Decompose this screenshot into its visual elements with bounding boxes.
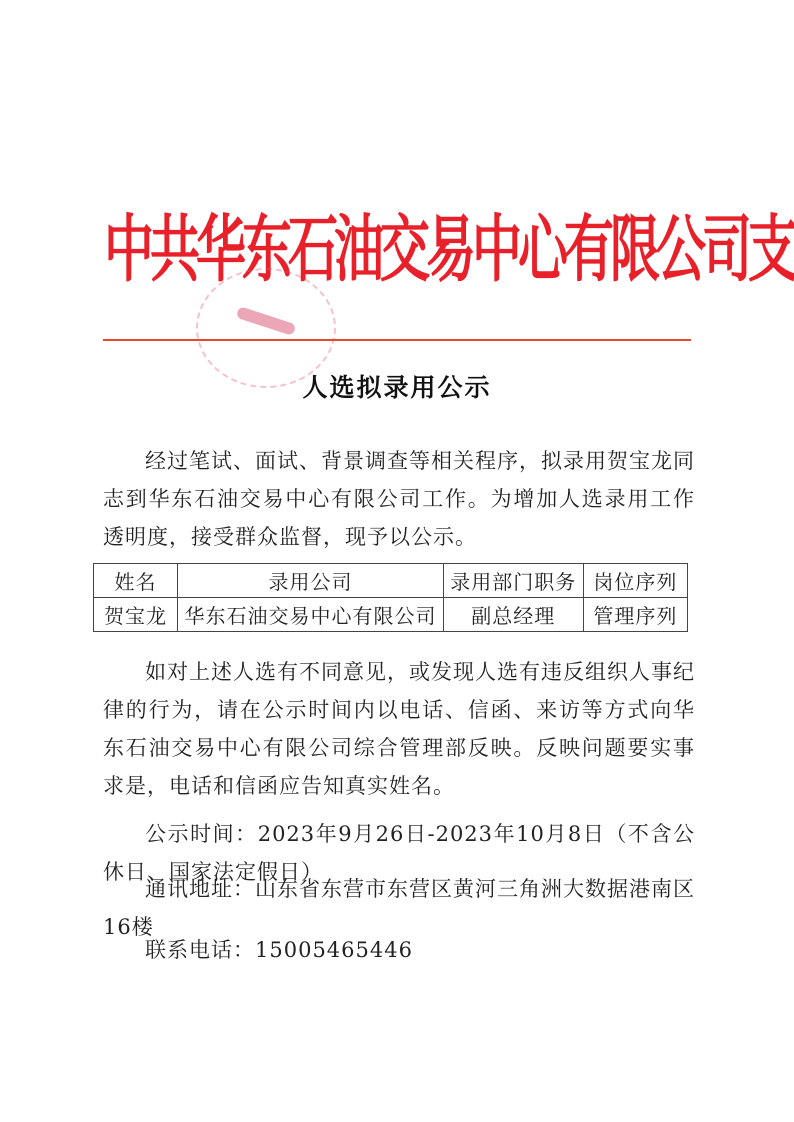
org-letterhead-title: 中共华东石油交易中心有限公司支部委员会 xyxy=(104,178,686,323)
cell-sequence: 管理序列 xyxy=(583,598,687,632)
letterhead-divider xyxy=(103,339,691,341)
candidate-table: 姓名 录用公司 录用部门职务 岗位序列 贺宝龙 华东石油交易中心有限公司 副总经… xyxy=(93,563,688,632)
table-row: 贺宝龙 华东石油交易中心有限公司 副总经理 管理序列 xyxy=(94,598,688,632)
cell-company: 华东石油交易中心有限公司 xyxy=(178,598,444,632)
intro-paragraph: 经过笔试、面试、背景调查等相关程序，拟录用贺宝龙同志到华东石油交易中心有限公司工… xyxy=(103,442,695,556)
document-title: 人选拟录用公示 xyxy=(0,368,794,404)
header-name: 姓名 xyxy=(94,564,178,598)
header-sequence: 岗位序列 xyxy=(583,564,687,598)
table-header-row: 姓名 录用公司 录用部门职务 岗位序列 xyxy=(94,564,688,598)
header-company: 录用公司 xyxy=(178,564,444,598)
contact-phone: 联系电话：15005465446 xyxy=(103,931,695,969)
cell-position: 副总经理 xyxy=(443,598,583,632)
header-position: 录用部门职务 xyxy=(443,564,583,598)
feedback-paragraph: 如对上述人选有不同意见，或发现人选有违反组织人事纪律的行为，请在公示时间内以电话… xyxy=(103,653,695,805)
cell-name: 贺宝龙 xyxy=(94,598,178,632)
